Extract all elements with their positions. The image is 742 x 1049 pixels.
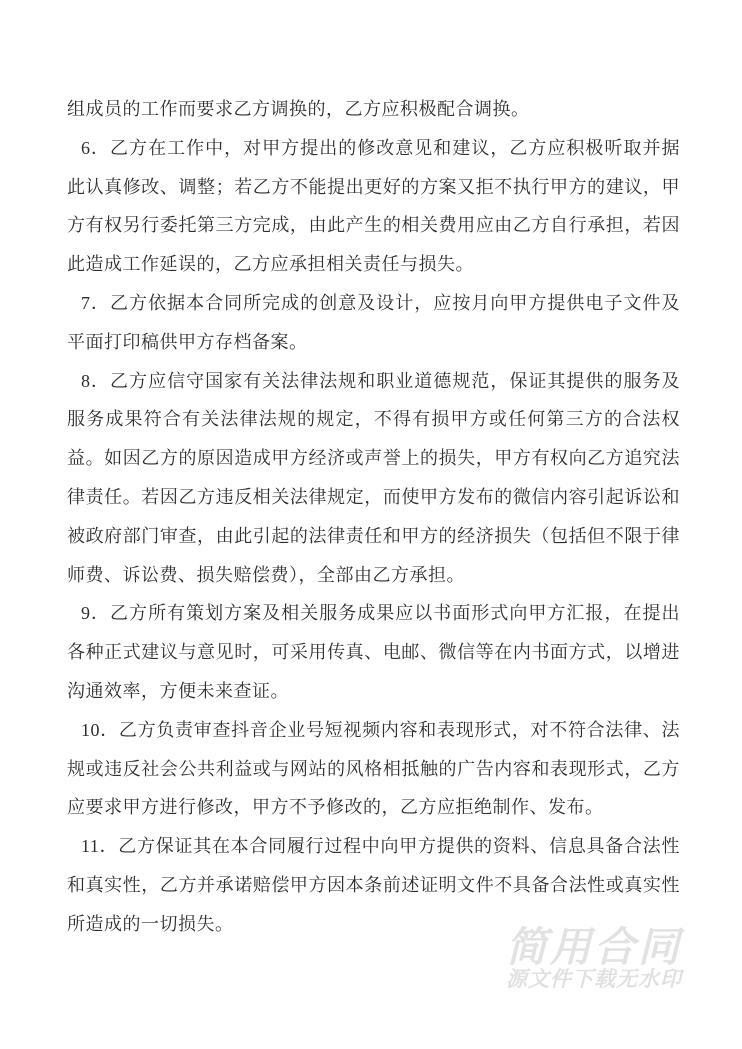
contract-line: 10．乙方负责审查抖音企业号短视频内容和表现形式，对不符合法律、法: [67, 711, 680, 750]
contract-line: 应要求甲方进行修改，甲方不予修改的，乙方应拒绝制作、发布。: [67, 788, 680, 827]
contract-line: 8．乙方应信守国家有关法律法规和职业道德规范，保证其提供的服务及: [67, 362, 680, 401]
contract-line: 组成员的工作而要求乙方调换的，乙方应积极配合调换。: [67, 90, 680, 129]
contract-line: 各种正式建议与意见时，可采用传真、电邮、微信等在内书面方式，以增进: [67, 633, 680, 672]
contract-line: 律责任。若因乙方违反相关法律规定，而使甲方发布的微信内容引起诉讼和: [67, 478, 680, 517]
contract-line: 师费、诉讼费、损失赔偿费），全部由乙方承担。: [67, 556, 680, 595]
contract-line: 7．乙方依据本合同所完成的创意及设计，应按月向甲方提供电子文件及: [67, 284, 680, 323]
contract-line: 11．乙方保证其在本合同履行过程中向甲方提供的资料、信息具备合法性: [67, 827, 680, 866]
contract-line: 6．乙方在工作中，对甲方提出的修改意见和建议，乙方应积极听取并据: [67, 129, 680, 168]
contract-text-block: 组成员的工作而要求乙方调换的，乙方应积极配合调换。6．乙方在工作中，对甲方提出的…: [67, 90, 680, 944]
contract-line: 平面打印稿供甲方存档备案。: [67, 323, 680, 362]
contract-line: 方有权另行委托第三方完成，由此产生的相关费用应由乙方自行承担，若因: [67, 206, 680, 245]
watermark-subtitle: 源文件下载无水印: [506, 963, 682, 993]
contract-line: 益。如因乙方的原因造成甲方经济或声誉上的损失，甲方有权向乙方追究法: [67, 439, 680, 478]
contract-line: 被政府部门审查，由此引起的法律责任和甲方的经济损失（包括但不限于律: [67, 517, 680, 556]
contract-line: 此认真修改、调整；若乙方不能提出更好的方案又拒不执行甲方的建议，甲: [67, 168, 680, 207]
contract-line: 9．乙方所有策划方案及相关服务成果应以书面形式向甲方汇报，在提出: [67, 594, 680, 633]
contract-line: 规或违反社会公共利益或与网站的风格相抵触的广告内容和表现形式，乙方: [67, 750, 680, 789]
contract-line: 服务成果符合有关法律法规的规定，不得有损甲方或任何第三方的合法权: [67, 400, 680, 439]
contract-line: 此造成工作延误的，乙方应承担相关责任与损失。: [67, 245, 680, 284]
contract-line: 沟通效率，方便未来查证。: [67, 672, 680, 711]
contract-page: 组成员的工作而要求乙方调换的，乙方应积极配合调换。6．乙方在工作中，对甲方提出的…: [0, 0, 742, 1049]
contract-line: 和真实性，乙方并承诺赔偿甲方因本条前述证明文件不具备合法性或真实性: [67, 866, 680, 905]
